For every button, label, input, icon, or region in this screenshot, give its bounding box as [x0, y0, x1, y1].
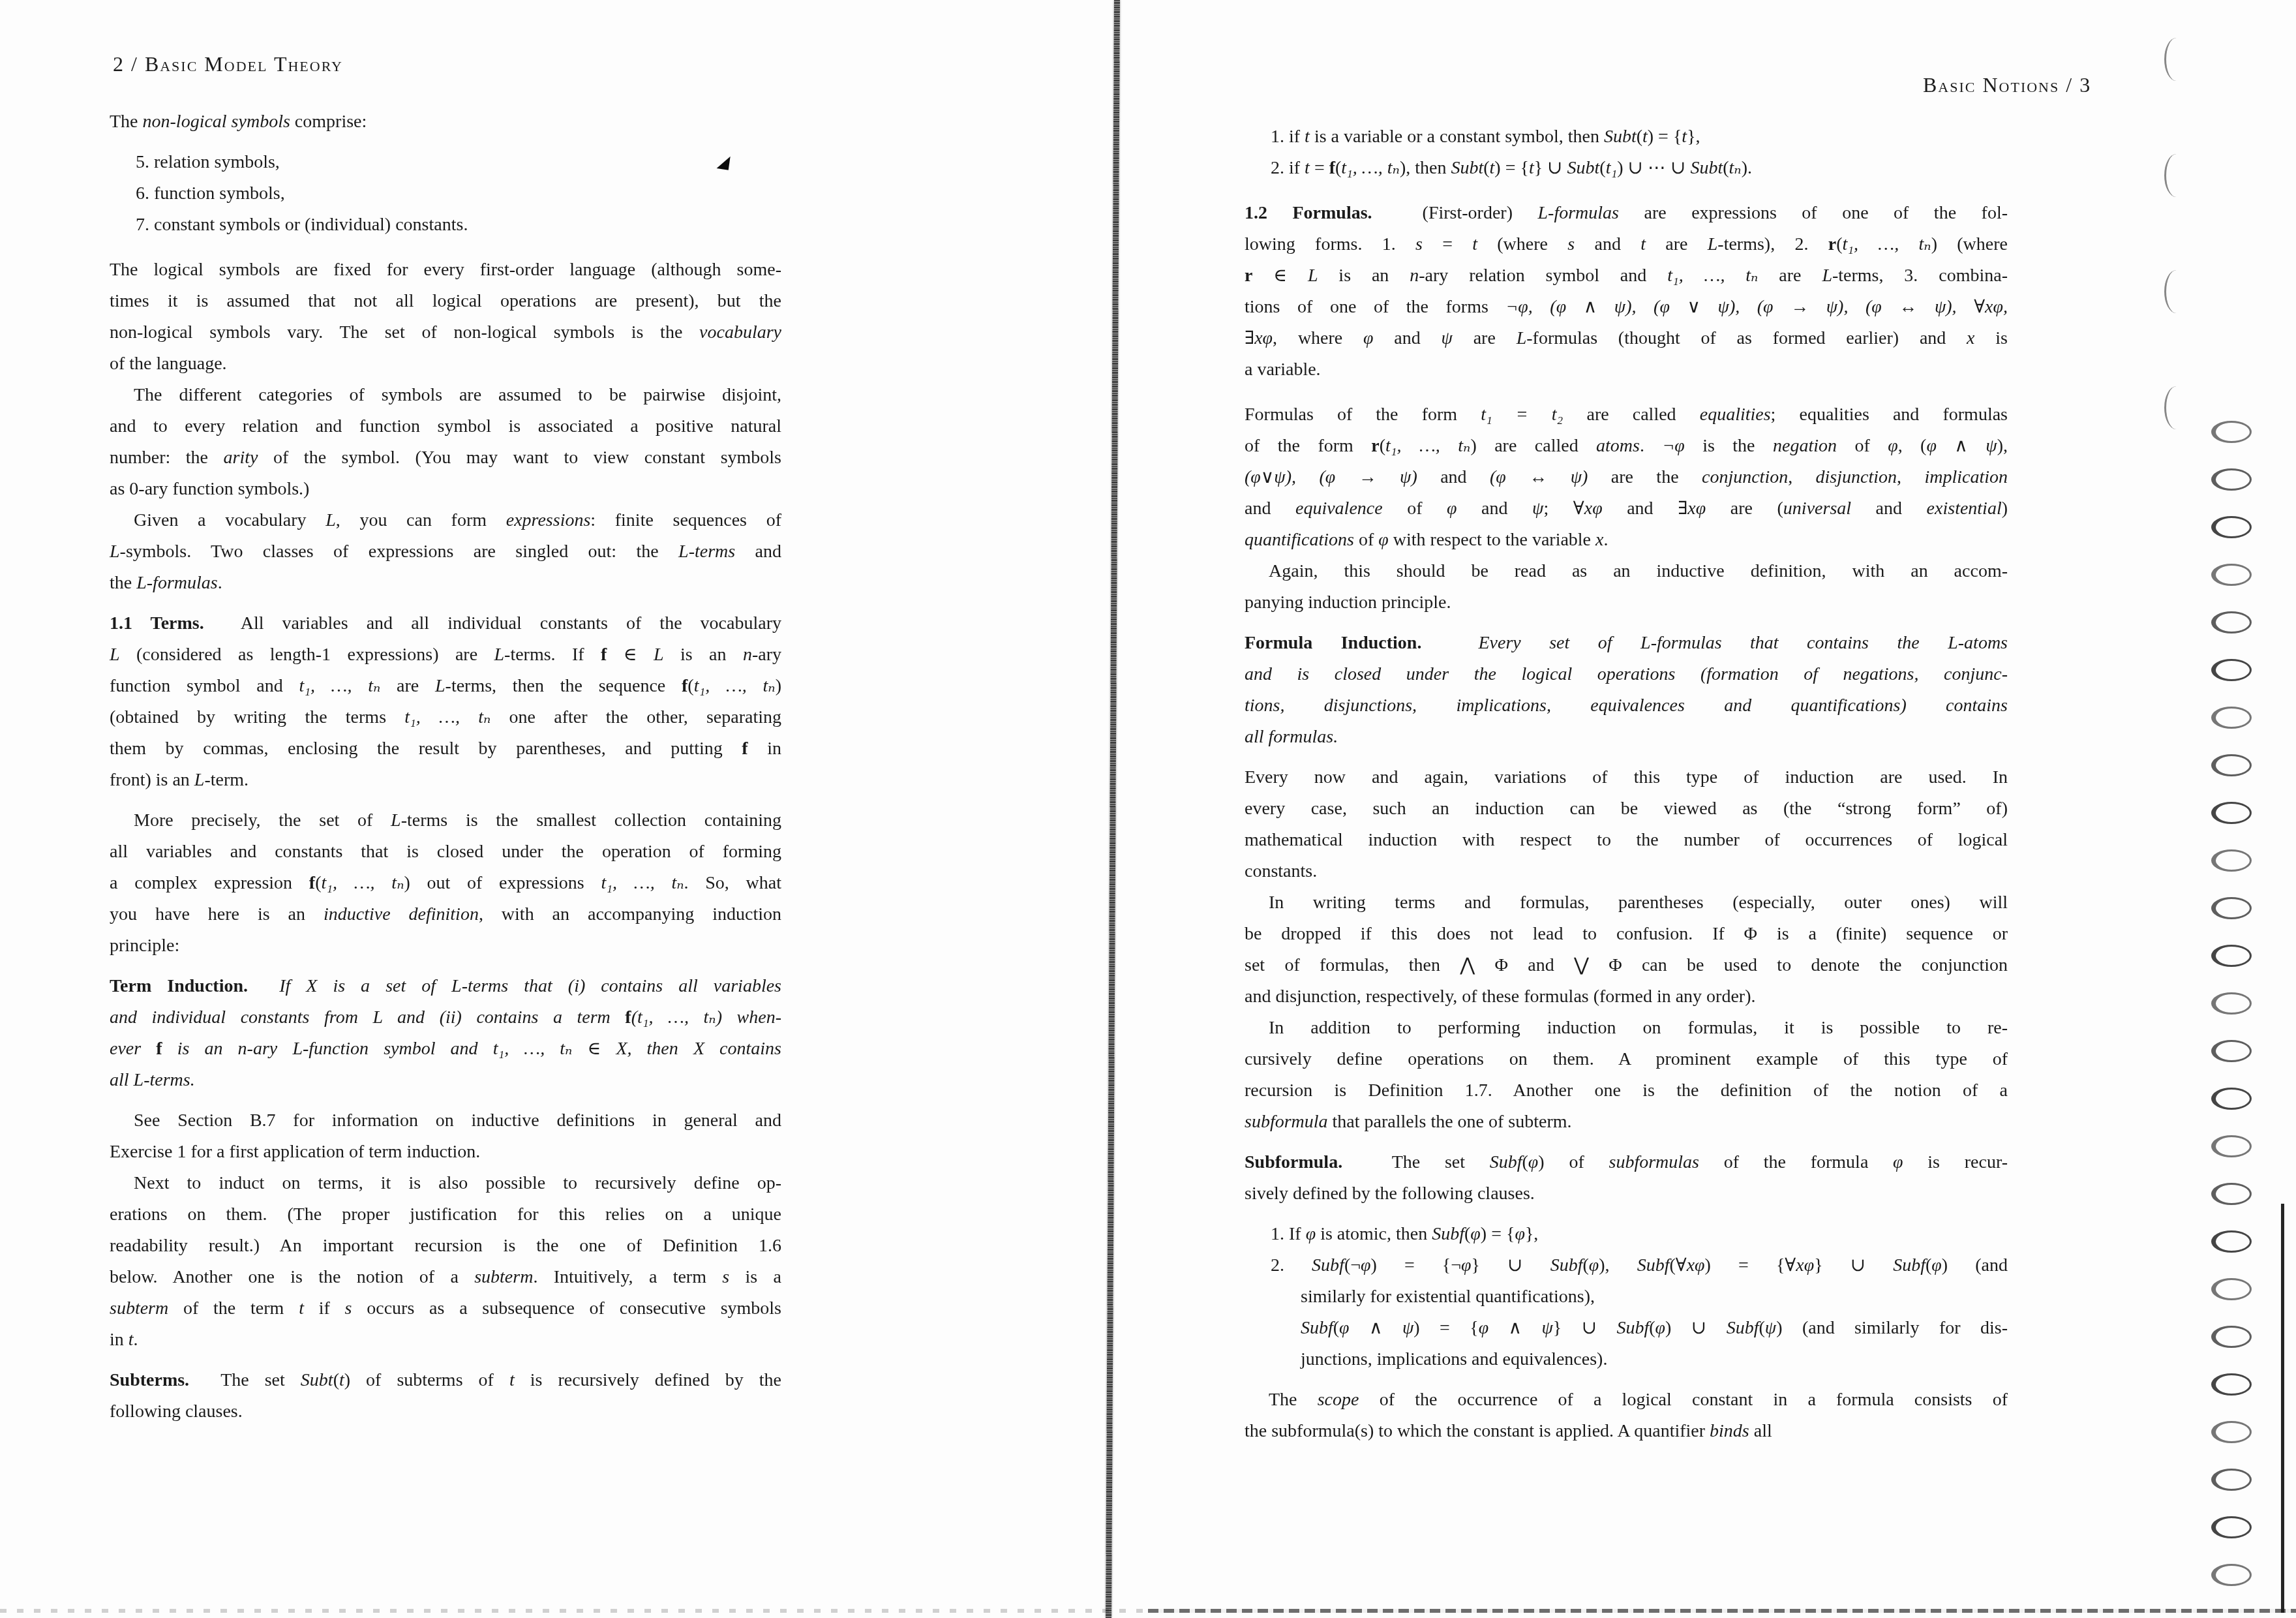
text-line: function symbol and t₁, …, tₙ are L-term… [110, 671, 781, 702]
text-line: 1. if t is a variable or a constant symb… [1245, 121, 2008, 153]
text-line: you have here is an inductive definition… [110, 899, 781, 930]
text-line: a variable. [1245, 354, 2008, 386]
text-line: ∃xφ, where φ and ψ are L-formulas (thoug… [1245, 323, 2008, 354]
text-line: non-logical symbols vary. The set of non… [110, 317, 781, 348]
right-page-text: 1. if t is a variable or a constant symb… [1245, 121, 2008, 1447]
text-line: In writing terms and formulas, parenthes… [1245, 887, 2008, 919]
text-line: The logical symbols are fixed for every … [110, 254, 781, 286]
text-line: below. Another one is the notion of a su… [110, 1262, 781, 1293]
text-line: 2. Subf(¬φ) = {¬φ} ∪ Subf(φ), Subf(∀xφ) … [1245, 1250, 2008, 1281]
text-line: panying induction principle. [1245, 587, 2008, 618]
text-line: 2. if t = f(t₁, …, tₙ), then Subt(t) = {… [1245, 153, 2008, 184]
text-line: and individual constants from L and (ii)… [110, 1002, 781, 1033]
text-line: Formulas of the form t₁ = t₂ are called … [1245, 399, 2008, 431]
text-line: subterm of the term t if s occurs as a s… [110, 1293, 781, 1324]
binding-ring [2211, 1278, 2252, 1300]
text-line: 1. If φ is atomic, then Subf(φ) = {φ}, [1245, 1219, 2008, 1250]
text-line: tions, disjunctions, implications, equiv… [1245, 690, 2008, 722]
binding-ring [2211, 421, 2252, 443]
text-line: More precisely, the set of L-terms is th… [110, 805, 781, 836]
text-line: Given a vocabulary L, you can form expre… [110, 505, 781, 536]
text-line: cursively define operations on them. A p… [1245, 1044, 2008, 1075]
binding-ring [2211, 1469, 2252, 1491]
binding-crescent [2164, 270, 2188, 313]
ink-blot-mark: ◢ [716, 152, 731, 172]
text-line: Term Induction. If X is a set of L-terms… [110, 971, 781, 1002]
binding-ring [2211, 849, 2252, 872]
text-line: lowing forms. 1. s = t (where s and t ar… [1245, 229, 2008, 260]
binding-crescents [2164, 38, 2190, 429]
scan-right-edge [2281, 1204, 2284, 1613]
text-line: Subf(φ ∧ ψ) = {φ ∧ ψ} ∪ Subf(φ) ∪ Subf(ψ… [1245, 1313, 2008, 1344]
text-line: in t. [110, 1324, 781, 1356]
text-line: In addition to performing induction on f… [1245, 1013, 2008, 1044]
binding-ring [2211, 1135, 2252, 1157]
text-line: mathematical induction with respect to t… [1245, 825, 2008, 856]
text-line: front) is an L-term. [110, 765, 781, 796]
binding-ring [2211, 1183, 2252, 1205]
text-line: Next to induct on terms, it is also poss… [110, 1168, 781, 1199]
text-line: all variables and constants that is clos… [110, 836, 781, 868]
text-line: number: the arity of the symbol. (You ma… [110, 442, 781, 474]
text-line: The scope of the occurrence of a logical… [1245, 1384, 2008, 1416]
binding-ring [2211, 707, 2252, 729]
text-line: as 0-ary function symbols.) [110, 474, 781, 505]
binding-ring [2211, 468, 2252, 491]
text-line: quantifications of φ with respect to the… [1245, 525, 2008, 556]
text-line: recursion is Definition 1.7. Another one… [1245, 1075, 2008, 1107]
left-page-text: The non-logical symbols comprise:5. rela… [110, 106, 781, 1427]
text-line: Formula Induction. Every set of L-formul… [1245, 628, 2008, 659]
text-line: 1.1 Terms. All variables and all individ… [110, 608, 781, 639]
binding-ring [2211, 1421, 2252, 1443]
binding-ring [2211, 992, 2252, 1015]
text-line: following clauses. [110, 1396, 781, 1427]
binding-crescent [2164, 38, 2188, 81]
text-line: 5. relation symbols, [110, 147, 781, 178]
text-line: The different categories of symbols are … [110, 380, 781, 411]
text-line: every case, such an induction can be vie… [1245, 793, 2008, 825]
text-line: them by commas, enclosing the result by … [110, 733, 781, 765]
binding-ring [2211, 945, 2252, 967]
binding-ring [2211, 516, 2252, 538]
scan-bottom-edge-right [1148, 1609, 2296, 1613]
text-line: constants. [1245, 856, 2008, 887]
text-line: erations on them. (The proper justificat… [110, 1199, 781, 1230]
binding-ring [2211, 897, 2252, 919]
text-line: and disjunction, respectively, of these … [1245, 981, 2008, 1013]
text-line: sively defined by the following clauses. [1245, 1178, 2008, 1210]
text-line: r ∈ L is an n-ary relation symbol and t₁… [1245, 260, 2008, 292]
scan-bottom-edge-left [0, 1609, 1148, 1613]
text-line: The non-logical symbols comprise: [110, 106, 781, 138]
text-line: ever f is an n-ary L-function symbol and… [110, 1033, 781, 1065]
text-line: all formulas. [1245, 722, 2008, 753]
book-spine-gutter [1106, 0, 1120, 1618]
text-line: similarly for existential quantification… [1245, 1281, 2008, 1313]
text-line: all L-terms. [110, 1065, 781, 1096]
text-line: of the form r(t₁, …, tₙ) are called atom… [1245, 431, 2008, 462]
text-line: tions of one of the forms ¬φ, (φ ∧ ψ), (… [1245, 292, 2008, 323]
binding-ring [2211, 1373, 2252, 1396]
text-line: subformula that parallels the one of sub… [1245, 1107, 2008, 1138]
text-line: Subformula. The set Subf(φ) of subformul… [1245, 1147, 2008, 1178]
spiral-binding [2211, 421, 2257, 1605]
text-line: L-symbols. Two classes of expressions ar… [110, 536, 781, 568]
binding-ring [2211, 1040, 2252, 1062]
text-line: the L-formulas. [110, 568, 781, 599]
binding-ring [2211, 1516, 2252, 1538]
left-page-header: 2 / Basic Model Theory [113, 52, 343, 76]
right-page-header: Basic Notions / 3 [1923, 73, 2091, 97]
binding-crescent [2164, 386, 2188, 429]
text-line: the subformula(s) to which the constant … [1245, 1416, 2008, 1447]
binding-ring [2211, 754, 2252, 776]
binding-ring [2211, 611, 2252, 633]
binding-ring [2211, 802, 2252, 824]
binding-ring [2211, 659, 2252, 681]
text-line: junctions, implications and equivalences… [1245, 1344, 2008, 1375]
text-line: Subterms. The set Subt(t) of subterms of… [110, 1365, 781, 1396]
binding-ring [2211, 1230, 2252, 1253]
text-line: L (considered as length-1 expressions) a… [110, 639, 781, 671]
text-line: times it is assumed that not all logical… [110, 286, 781, 317]
text-line: (φ∨ψ), (φ → ψ) and (φ ↔ ψ) are the conju… [1245, 462, 2008, 493]
text-line: a complex expression f(t₁, …, tₙ) out of… [110, 868, 781, 899]
binding-ring [2211, 1326, 2252, 1348]
binding-ring [2211, 564, 2252, 586]
text-line: principle: [110, 930, 781, 962]
text-line: 7. constant symbols or (individual) cons… [110, 209, 781, 241]
text-line: and to every relation and function symbo… [110, 411, 781, 442]
text-line: Every now and again, variations of this … [1245, 762, 2008, 793]
text-line: (obtained by writing the terms t₁, …, tₙ… [110, 702, 781, 733]
text-line: of the language. [110, 348, 781, 380]
text-line: See Section B.7 for information on induc… [110, 1105, 781, 1137]
binding-crescent [2164, 154, 2188, 197]
text-line: and is closed under the logical operatio… [1245, 659, 2008, 690]
text-line: Exercise 1 for a first application of te… [110, 1137, 781, 1168]
text-line: Again, this should be read as an inducti… [1245, 556, 2008, 587]
text-line: 1.2 Formulas. (First-order) L-formulas a… [1245, 198, 2008, 229]
text-line: and equivalence of φ and ψ; ∀xφ and ∃xφ … [1245, 493, 2008, 525]
text-line: be dropped if this does not lead to conf… [1245, 919, 2008, 950]
text-line: 6. function symbols, [110, 178, 781, 209]
text-line: readability result.) An important recurs… [110, 1230, 781, 1262]
binding-ring [2211, 1088, 2252, 1110]
binding-ring [2211, 1564, 2252, 1586]
text-line: set of formulas, then ⋀ Φ and ⋁ Φ can be… [1245, 950, 2008, 981]
